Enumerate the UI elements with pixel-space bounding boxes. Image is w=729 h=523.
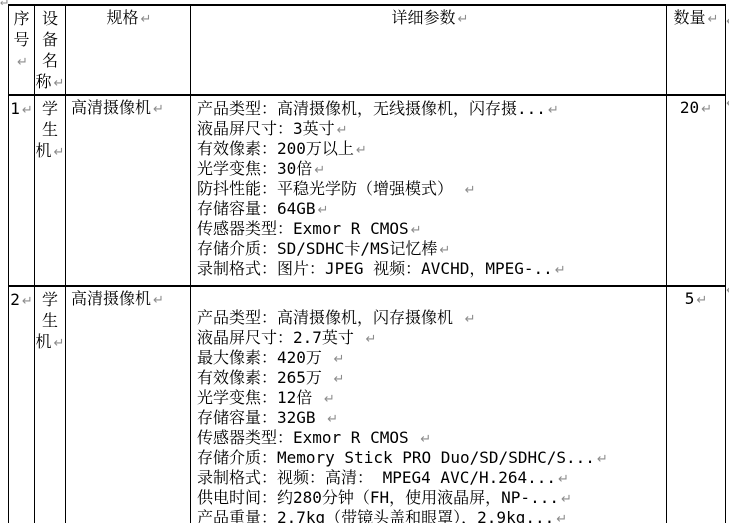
params-cell[interactable]: 产品类型：高清摄像机，无线摄像机，闪存摄...↵ 液晶屏尺寸：3英寸↵ 有效像素… [191, 95, 667, 286]
param-line: 防抖性能：平稳光学防（增强模式） ↵ [197, 179, 663, 199]
paragraph-mark: ↵ [555, 263, 566, 278]
paragraph-mark: ↵ [696, 293, 707, 308]
param-line: 有效像素：200万以上↵ [197, 139, 663, 159]
paragraph-mark: ↵ [556, 512, 567, 523]
table-row: 2↵ 学 生 机↵ 高清摄像机↵ 产品类型：高清摄像机，闪存摄像机 ↵ 液晶屏尺… [9, 286, 726, 523]
qty-cell[interactable]: 5↵ [667, 286, 726, 523]
param-text: 光学变焦：12倍 [197, 388, 322, 407]
paragraph-mark: ↵ [465, 312, 476, 327]
paragraph-mark: ↵ [327, 412, 338, 427]
paragraph-mark: ↵ [420, 432, 431, 447]
param-text: 有效像素：265万 [197, 368, 332, 387]
paragraph-mark: ↵ [0, 0, 8, 9]
header-cell-qty[interactable]: 数量↵ [667, 5, 726, 95]
table-row: 1↵ 学 生 机↵ 高清摄像机↵ 产品类型：高清摄像机，无线摄像机，闪存摄...… [9, 95, 726, 286]
header-cell-seq[interactable]: 序 号↵ [9, 5, 35, 95]
paragraph-mark: ↵ [318, 203, 329, 218]
param-line: 录制格式：图片：JPEG 视频：AVCHD，MPEG-..↵ [197, 259, 663, 279]
paragraph-mark: ↵ [314, 163, 325, 178]
param-line: 存储介质：Memory Stick PRO Duo/SD/SDHC/S...↵ [197, 448, 663, 468]
param-text: 存储介质：SD/SDHC卡/MS记忆棒 [197, 239, 437, 258]
param-text: 供电时间：约280分钟（FH，使用液晶屏，NP-... [197, 488, 559, 507]
param-text: 防抖性能：平稳光学防（增强模式） [197, 179, 463, 198]
paragraph-mark: ↵ [366, 332, 377, 347]
paragraph-mark: ↵ [22, 103, 33, 118]
param-line: 存储容量：64GB↵ [197, 199, 663, 219]
spec-cell[interactable]: 高清摄像机↵ [66, 95, 191, 286]
header-label-seq: 序 号 [13, 9, 29, 49]
paragraph-mark: ↵ [411, 223, 422, 238]
spec-value: 高清摄像机 [71, 289, 151, 308]
param-text: 录制格式：图片：JPEG 视频：AVCHD，MPEG-.. [197, 259, 553, 278]
param-text: 有效像素：200万以上 [197, 139, 354, 158]
param-text: 光学变焦：30倍 [197, 159, 312, 178]
param-line: 供电时间：约280分钟（FH，使用液晶屏，NP-...↵ [197, 488, 663, 508]
param-text: 录制格式：视频：高清： MPEG4 AVC/H.264... [197, 468, 556, 487]
param-line: 录制格式：视频：高清： MPEG4 AVC/H.264...↵ [197, 468, 663, 488]
param-line: 产品类型：高清摄像机，闪存摄像机 ↵ [197, 308, 663, 328]
seq-value: 2 [10, 290, 20, 309]
blank-line [197, 290, 663, 308]
param-line: 有效像素：265万 ↵ [197, 368, 663, 388]
param-text: 传感器类型：Exmor R CMOS [197, 428, 418, 447]
paragraph-mark: ↵ [701, 102, 712, 117]
param-text: 存储容量：32GB [197, 408, 325, 427]
param-line: 液晶屏尺寸：3英寸↵ [197, 119, 663, 139]
param-text: 液晶屏尺寸：3英寸 [197, 119, 335, 138]
param-text: 产品类型：高清摄像机，无线摄像机，闪存摄... [197, 99, 546, 118]
header-label-spec: 规格 [107, 8, 139, 27]
qty-cell[interactable]: 20↵ [667, 95, 726, 286]
paragraph-mark: ↵ [153, 102, 164, 117]
param-line: 光学变焦：12倍 ↵ [197, 388, 663, 408]
seq-value: 1 [10, 99, 20, 118]
param-line: 光学变焦：30倍↵ [197, 159, 663, 179]
spec-cell[interactable]: 高清摄像机↵ [66, 286, 191, 523]
paragraph-mark: ↵ [337, 123, 348, 138]
header-cell-spec[interactable]: 规格↵ [66, 5, 191, 95]
header-cell-device-name[interactable]: 设 备 名 称↵ [35, 5, 66, 95]
param-line: 液晶屏尺寸：2.7英寸 ↵ [197, 328, 663, 348]
paragraph-mark: ↵ [334, 372, 345, 387]
param-text: 产品重量：2.7kg（带镜头盖和眼罩），2.9kg... [197, 508, 554, 523]
param-line: 产品重量：2.7kg（带镜头盖和眼罩），2.9kg...↵ [197, 508, 663, 523]
param-line: 存储介质：SD/SDHC卡/MS记忆棒↵ [197, 239, 663, 259]
header-cell-params[interactable]: 详细参数↵ [191, 5, 667, 95]
paragraph-mark: ↵ [356, 143, 367, 158]
device-name-cell[interactable]: 学 生 机↵ [35, 286, 66, 523]
paragraph-mark: ↵ [334, 352, 345, 367]
params-cell[interactable]: 产品类型：高清摄像机，闪存摄像机 ↵ 液晶屏尺寸：2.7英寸 ↵ 最大像素：42… [191, 286, 667, 523]
qty-value: 20 [680, 98, 699, 117]
paragraph-mark: ↵ [324, 392, 335, 407]
paragraph-mark: ↵ [458, 12, 469, 27]
param-line: 最大像素：420万 ↵ [197, 348, 663, 368]
param-text: 液晶屏尺寸：2.7英寸 [197, 328, 364, 347]
paragraph-mark: ↵ [561, 492, 572, 507]
paragraph-mark: ↵ [708, 12, 719, 27]
paragraph-mark: ↵ [439, 243, 450, 258]
paragraph-mark: ↵ [597, 452, 608, 467]
paragraph-mark: ↵ [465, 183, 476, 198]
header-label-params: 详细参数 [392, 8, 456, 27]
paragraph-mark: ↵ [17, 55, 28, 70]
qty-value: 5 [685, 289, 695, 308]
paragraph-mark: ↵ [153, 293, 164, 308]
param-line: 传感器类型：Exmor R CMOS ↵ [197, 428, 663, 448]
header-label-qty: 数量 [674, 8, 706, 27]
paragraph-mark: ↵ [548, 103, 559, 118]
param-line: 存储容量：32GB ↵ [197, 408, 663, 428]
param-line: 传感器类型：Exmor R CMOS↵ [197, 219, 663, 239]
seq-cell[interactable]: 2↵ [9, 286, 35, 523]
param-text: 存储介质：Memory Stick PRO Duo/SD/SDHC/S... [197, 448, 595, 467]
paragraph-mark: ↵ [54, 76, 65, 91]
paragraph-mark: ↵ [141, 12, 152, 27]
param-line: 产品类型：高清摄像机，无线摄像机，闪存摄...↵ [197, 99, 663, 119]
equipment-spec-table: 序 号↵ 设 备 名 称↵ 规格↵ 详细参数↵ 数量↵ 1↵ 学 生 机↵ 高清… [8, 4, 726, 523]
paragraph-mark: ↵ [558, 472, 569, 487]
paragraph-mark: ↵ [54, 145, 65, 160]
table-header-row: 序 号↵ 设 备 名 称↵ 规格↵ 详细参数↵ 数量↵ [9, 5, 726, 95]
param-text: 存储容量：64GB [197, 199, 316, 218]
document-page: ↵ 序 号↵ 设 备 名 称↵ 规格↵ 详细参数↵ 数量↵ 1↵ 学 生 机↵ … [0, 0, 729, 523]
seq-cell[interactable]: 1↵ [9, 95, 35, 286]
paragraph-mark: ↵ [54, 336, 65, 351]
device-name-cell[interactable]: 学 生 机↵ [35, 95, 66, 286]
param-text: 最大像素：420万 [197, 348, 332, 367]
paragraph-mark: ↵ [22, 294, 33, 309]
param-text: 产品类型：高清摄像机，闪存摄像机 [197, 308, 463, 327]
param-text: 传感器类型：Exmor R CMOS [197, 219, 409, 238]
spec-value: 高清摄像机 [71, 98, 151, 117]
